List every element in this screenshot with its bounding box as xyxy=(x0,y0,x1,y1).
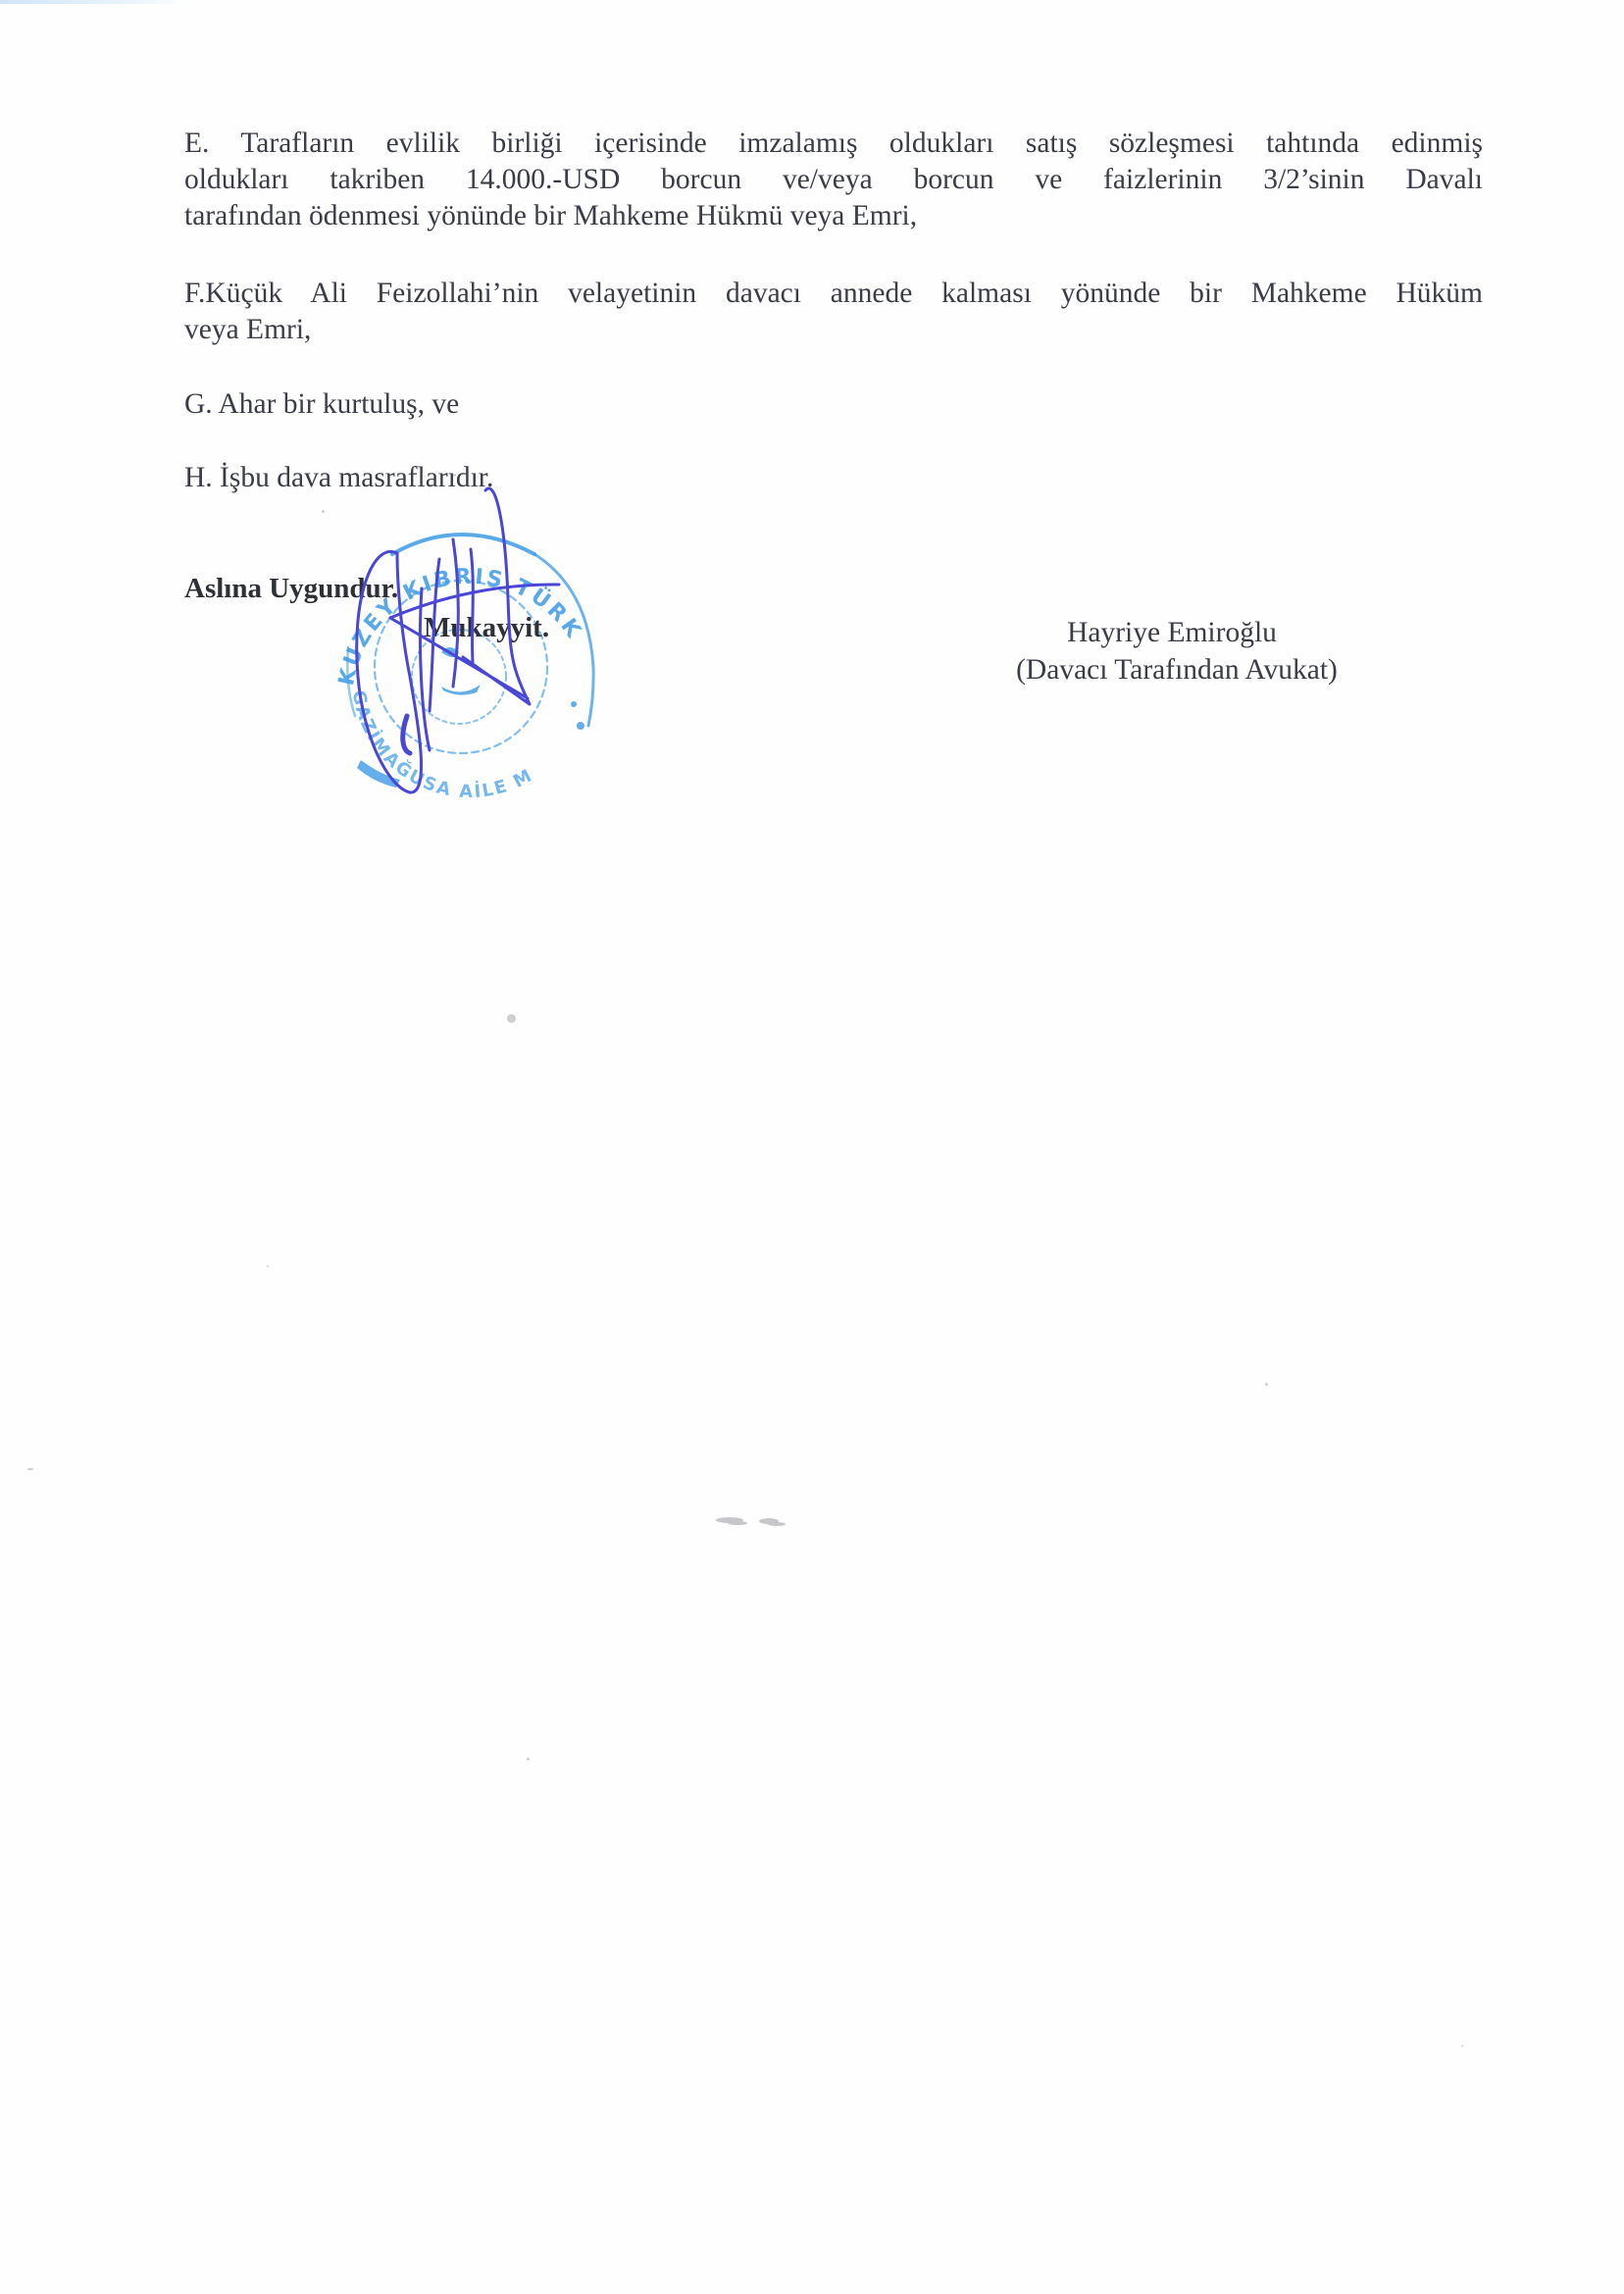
paragraph-f: F.Küçük Ali Feizollahi’nin velayetinin d… xyxy=(184,276,1483,348)
certified-true-copy-label: Aslına Uygundur. xyxy=(184,573,398,605)
scan-smudge xyxy=(708,1512,806,1530)
scan-speck xyxy=(1265,1383,1268,1386)
scan-speck xyxy=(1461,2045,1463,2047)
scan-speck xyxy=(322,510,325,513)
lawyer-name: Hayriye Emiroğlu xyxy=(966,614,1378,651)
registrar-label: Mukayyit. xyxy=(424,612,549,644)
scan-edge-artifact xyxy=(0,0,186,4)
scan-speck xyxy=(27,1468,33,1470)
scan-speck xyxy=(267,1265,269,1267)
paragraph-e-line: oldukları takriben 14.000.-USD borcun ve… xyxy=(184,162,1483,198)
paragraph-f-line: veya Emri, xyxy=(184,312,1483,348)
paragraph-e-line: tarafından ödenmesi yönünde bir Mahkeme … xyxy=(184,198,1483,234)
paragraph-g-text: G. Ahar bir kurtuluş, ve xyxy=(184,386,1483,423)
paragraph-e-line: E. Tarafların evlilik birliği içerisinde… xyxy=(184,126,1483,162)
scan-speck xyxy=(527,1758,530,1760)
paragraph-h-text: H. İşbu dava masraflarıdır. xyxy=(184,460,1483,496)
document-page: E. Tarafların evlilik birliği içerisinde… xyxy=(0,0,1624,2294)
handwritten-signature xyxy=(294,481,628,824)
lawyer-role: (Davacı Tarafından Avukat) xyxy=(971,651,1383,688)
paragraph-h: H. İşbu dava masraflarıdır. xyxy=(184,460,1483,496)
paragraph-e: E. Tarafların evlilik birliği içerisinde… xyxy=(184,126,1483,234)
paragraph-f-line: F.Küçük Ali Feizollahi’nin velayetinin d… xyxy=(184,276,1483,312)
scan-speck xyxy=(507,1014,516,1023)
court-stamp: KUZEY KIBRIS TÜRK CUMHURİYETİ GAZİMAĞUSA… xyxy=(294,481,628,824)
paragraph-g: G. Ahar bir kurtuluş, ve xyxy=(184,386,1483,423)
scan-speck xyxy=(453,474,456,477)
